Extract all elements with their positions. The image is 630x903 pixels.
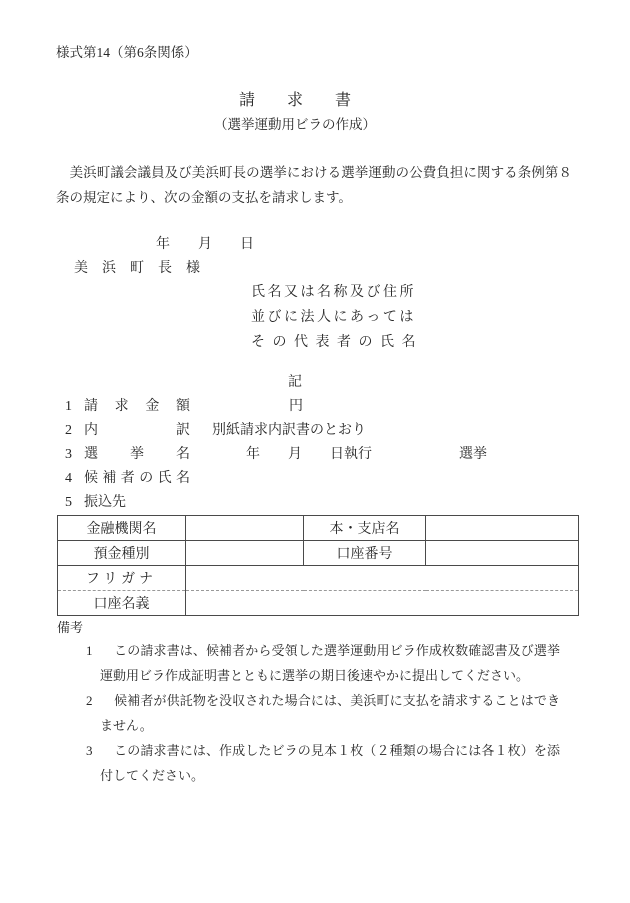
signature-line-1: 氏名又は名称及び住所 [251, 280, 574, 305]
item-number: 5 [65, 491, 84, 515]
notes-list: 1この請求書は、候補者から受領した選挙運動用ビラ作成枚数確認書及び選挙運動用ビラ… [56, 638, 560, 788]
record-marker: 記 [56, 371, 574, 395]
item-number: 1 [65, 395, 84, 419]
item-value: 別紙請求内訳書のとおり [212, 423, 366, 438]
item-claim-amount: 1請求金額円 [56, 395, 574, 419]
addressee-line: 美 浜 町 長 様 [56, 257, 574, 280]
table-row: 口座名義 [58, 591, 579, 616]
deposit-type-value-cell [186, 541, 304, 566]
item-candidate-name: 4候補者の氏名 [56, 467, 574, 491]
item-label: 振込先 [84, 491, 126, 515]
note-item-1: 1この請求書は、候補者から受領した選挙運動用ビラ作成枚数確認書及び選挙運動用ビラ… [56, 638, 560, 688]
item-value-suffix: 選挙 [459, 447, 487, 462]
item-number: 4 [65, 467, 84, 491]
note-text: 候補者が供託物を没収された場合には、美浜町に支払を請求することはできません。 [100, 693, 560, 733]
item-list: 1請求金額円 2内訳別紙請求内訳書のとおり 3選挙名年 月 日執行選挙 4候補者… [56, 395, 574, 515]
signature-line-2: 並びに法人にあっては [251, 305, 574, 330]
date-line: 年 月 日 [56, 233, 574, 257]
note-text: この請求書は、候補者から受領した選挙運動用ビラ作成枚数確認書及び選挙運動用ビラ作… [100, 643, 560, 683]
item-transfer-destination: 5振込先 [56, 491, 574, 515]
item-label: 内訳 [84, 419, 190, 443]
notes-header: 備考 [56, 618, 574, 638]
account-holder-label: 口座名義 [58, 591, 186, 616]
account-holder-value-cell [186, 591, 579, 616]
note-text: この請求書には、作成したビラの見本１枚（２種類の場合には各１枚）を添付してくださ… [100, 743, 560, 783]
furigana-value-cell [186, 566, 579, 591]
document-title: 請 求 書 [56, 90, 534, 112]
note-item-2: 2候補者が供託物を没収された場合には、美浜町に支払を請求することはできません。 [56, 688, 560, 738]
note-number: 2 [86, 688, 114, 713]
bank-transfer-table: 金融機関名 本・支店名 預金種別 口座番号 フリガナ 口座名義 [57, 515, 579, 616]
form-number: 様式第14（第6条関係） [56, 43, 574, 63]
title-block: 請 求 書 （選挙運動用ビラの作成） [56, 90, 574, 136]
note-number: 3 [86, 738, 114, 763]
body-paragraph: 美浜町議会議員及び美浜町長の選挙における選挙運動の公費負担に関する条例第８条の規… [56, 160, 572, 210]
branch-name-label: 本・支店名 [304, 516, 426, 541]
item-value: 円 [289, 399, 303, 414]
branch-name-value-cell [426, 516, 579, 541]
item-number: 2 [65, 419, 84, 443]
signature-line-3: その代表者の氏名 [251, 330, 574, 355]
note-item-3: 3この請求書には、作成したビラの見本１枚（２種類の場合には各１枚）を添付してくだ… [56, 738, 560, 788]
note-number: 1 [86, 638, 114, 663]
signature-block: 氏名又は名称及び住所 並びに法人にあっては その代表者の氏名 [56, 280, 574, 355]
account-number-value-cell [426, 541, 579, 566]
item-value: 年 月 日執行 [246, 447, 372, 462]
account-number-label: 口座番号 [304, 541, 426, 566]
item-election-name: 3選挙名年 月 日執行選挙 [56, 443, 574, 467]
item-breakdown: 2内訳別紙請求内訳書のとおり [56, 419, 574, 443]
financial-institution-value-cell [186, 516, 304, 541]
table-row: 預金種別 口座番号 [58, 541, 579, 566]
document-subtitle: （選挙運動用ビラの作成） [56, 114, 534, 136]
item-label: 候補者の氏名 [84, 467, 190, 491]
claim-form-page: 様式第14（第6条関係） 請 求 書 （選挙運動用ビラの作成） 美浜町議会議員及… [0, 0, 630, 903]
item-label: 請求金額 [84, 395, 190, 419]
table-row: 金融機関名 本・支店名 [58, 516, 579, 541]
financial-institution-label: 金融機関名 [58, 516, 186, 541]
furigana-label: フリガナ [58, 566, 186, 591]
item-label: 選挙名 [84, 443, 190, 467]
deposit-type-label: 預金種別 [58, 541, 186, 566]
table-row: フリガナ [58, 566, 579, 591]
item-number: 3 [65, 443, 84, 467]
